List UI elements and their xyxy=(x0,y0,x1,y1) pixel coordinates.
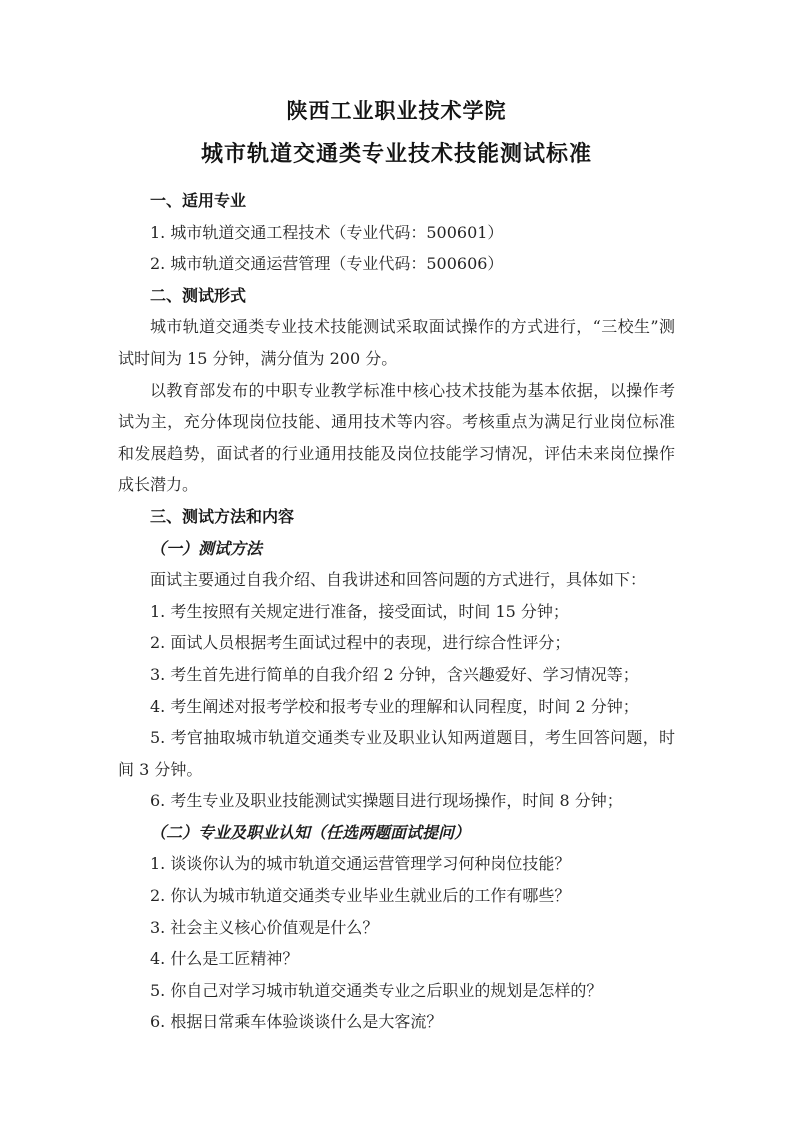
document-title: 陕西工业职业技术学院 xyxy=(118,94,675,128)
question-1: 1. 谈谈你认为的城市轨道交通运营管理学习何种岗位技能？ xyxy=(118,848,675,880)
question-4: 4. 什么是工匠精神？ xyxy=(118,943,675,975)
test-format-paragraph-2: 以教育部发布的中职专业教学标准中核心技术技能为基本依据，以操作考试为主，充分体现… xyxy=(118,375,675,501)
method-step-5: 5. 考官抽取城市轨道交通类专业及职业认知两道题目，考生回答问题，时间 3 分钟… xyxy=(118,722,675,785)
method-step-2: 2. 面试人员根据考生面试过程中的表现，进行综合性评分； xyxy=(118,627,675,659)
document-body: 一、适用专业 1. 城市轨道交通工程技术（专业代码：500601） 2. 城市轨… xyxy=(118,185,675,1038)
subsection-heading-test-methods: （一）测试方法 xyxy=(118,533,675,565)
method-step-1: 1. 考生按照有关规定进行准备，接受面试，时间 15 分钟； xyxy=(118,596,675,628)
test-methods-intro: 面试主要通过自我介绍、自我讲述和回答问题的方式进行，具体如下： xyxy=(118,564,675,596)
document-content: 陕西工业职业技术学院 城市轨道交通类专业技术技能测试标准 一、适用专业 1. 城… xyxy=(118,94,675,1038)
question-3: 3. 社会主义核心价值观是什么？ xyxy=(118,912,675,944)
question-5: 5. 你自己对学习城市轨道交通类专业之后职业的规划是怎样的？ xyxy=(118,975,675,1007)
document-page: 陕西工业职业技术学院 城市轨道交通类专业技术技能测试标准 一、适用专业 1. 城… xyxy=(0,0,794,1123)
major-item-1: 1. 城市轨道交通工程技术（专业代码：500601） xyxy=(118,217,675,249)
section-heading-test-format: 二、测试形式 xyxy=(118,280,675,312)
test-format-paragraph-1: 城市轨道交通类专业技术技能测试采取面试操作的方式进行，“三校生”测试时间为 15… xyxy=(118,311,675,374)
question-6: 6. 根据日常乘车体验谈谈什么是大客流？ xyxy=(118,1006,675,1038)
document-subtitle: 城市轨道交通类专业技术技能测试标准 xyxy=(118,138,675,172)
method-step-4: 4. 考生阐述对报考学校和报考专业的理解和认同程度，时间 2 分钟； xyxy=(118,691,675,723)
section-heading-methods-content: 三、测试方法和内容 xyxy=(118,501,675,533)
subsection-heading-career-cognition: （二）专业及职业认知（任选两题面试提问） xyxy=(118,817,675,849)
method-step-3: 3. 考生首先进行简单的自我介绍 2 分钟，含兴趣爱好、学习情况等； xyxy=(118,659,675,691)
question-2: 2. 你认为城市轨道交通类专业毕业生就业后的工作有哪些？ xyxy=(118,880,675,912)
section-heading-applicable-majors: 一、适用专业 xyxy=(118,185,675,217)
major-item-2: 2. 城市轨道交通运营管理（专业代码：500606） xyxy=(118,248,675,280)
method-step-6: 6. 考生专业及职业技能测试实操题目进行现场操作，时间 8 分钟； xyxy=(118,785,675,817)
